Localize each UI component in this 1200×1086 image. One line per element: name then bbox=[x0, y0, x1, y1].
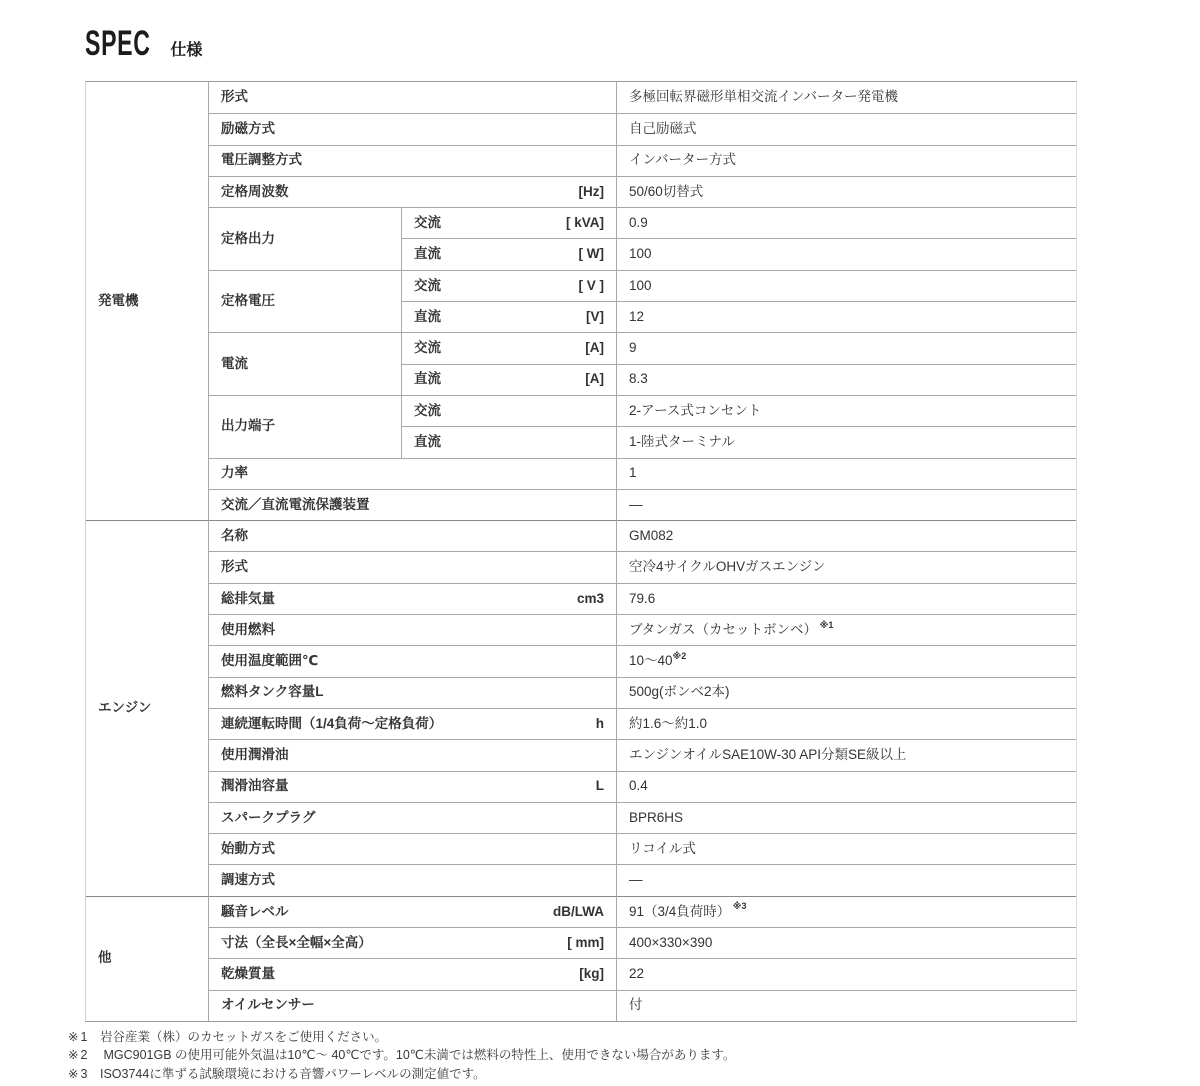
spec-value-cell: 1-陸式ターミナル bbox=[616, 426, 1076, 457]
spec-value: 空冷4サイクルOHVガスエンジン bbox=[629, 559, 825, 576]
spec-label: 出力端子 bbox=[221, 418, 275, 435]
spec-value-cell: 自己励磁式 bbox=[616, 113, 1076, 144]
spec-value-cell: 10〜40※2 bbox=[616, 645, 1076, 676]
spec-value: 2-アース式コンセント bbox=[629, 403, 761, 420]
spec-name-cell: 電圧調整方式 bbox=[208, 145, 616, 176]
spec-label: 寸法（全長×全幅×全高） bbox=[221, 935, 372, 952]
subrow-label: 交流 bbox=[414, 278, 441, 295]
spec-label: 使用温度範囲℃ bbox=[221, 653, 318, 670]
spec-label: 燃料タンク容量L bbox=[221, 684, 323, 701]
spec-subrow-cell: 直流[V] bbox=[401, 301, 616, 332]
spec-value: 付 bbox=[629, 997, 643, 1014]
spec-name-cell: 寸法（全長×全幅×全高）[ mm] bbox=[208, 927, 616, 958]
subrow-unit: [A] bbox=[585, 340, 604, 357]
spec-value: 0.9 bbox=[629, 215, 648, 232]
spec-value-cell: 91（3/4負荷時） ※3 bbox=[616, 896, 1076, 927]
category-label: 発電機 bbox=[98, 293, 139, 310]
subrow-unit: [ kVA] bbox=[566, 215, 604, 232]
spec-page: SPEC 仕様 発電機形式多極回転界磁形単相交流インバーター発電機励磁方式自己励… bbox=[0, 0, 1200, 1086]
spec-value-cell: BPR6HS bbox=[616, 802, 1076, 833]
spec-subrow-cell: 直流[ W] bbox=[401, 238, 616, 269]
spec-label: 形式 bbox=[221, 559, 248, 576]
spec-value: ブタンガス（カセットボンベ） bbox=[629, 622, 817, 639]
spec-value: GM082 bbox=[629, 528, 673, 545]
spec-value-cell: 500g(ボンベ2本) bbox=[616, 677, 1076, 708]
footnote-text: 岩谷産業（株）のカセットガスをご使用ください。 bbox=[100, 1028, 387, 1046]
spec-value-cell: ブタンガス（カセットボンベ） ※1 bbox=[616, 614, 1076, 645]
spec-value: 22 bbox=[629, 966, 644, 983]
spec-value-cell: 0.9 bbox=[616, 207, 1076, 238]
spec-value: 多極回転界磁形単相交流インバーター発電機 bbox=[629, 89, 898, 106]
page-title: SPEC bbox=[85, 26, 151, 61]
spec-label: 使用潤滑油 bbox=[221, 747, 289, 764]
spec-name-cell: 始動方式 bbox=[208, 833, 616, 864]
spec-value-cell: 12 bbox=[616, 301, 1076, 332]
spec-subrow-cell: 交流[ V ] bbox=[401, 270, 616, 301]
spec-value-cell: 0.4 bbox=[616, 771, 1076, 802]
spec-name-cell: 使用温度範囲℃ bbox=[208, 645, 616, 676]
spec-value: 400×330×390 bbox=[629, 935, 712, 952]
spec-label: 乾燥質量 bbox=[221, 966, 275, 983]
spec-name-cell: 形式 bbox=[208, 551, 616, 582]
spec-name-cell: 励磁方式 bbox=[208, 113, 616, 144]
subrow-label: 交流 bbox=[414, 340, 441, 357]
spec-name-cell: スパークプラグ bbox=[208, 802, 616, 833]
category-cell: 他 bbox=[86, 896, 208, 1021]
category-cell: エンジン bbox=[86, 520, 208, 896]
spec-value-cell: 付 bbox=[616, 990, 1076, 1021]
subrow-label: 直流 bbox=[414, 434, 441, 451]
spec-label: 調速方式 bbox=[221, 872, 275, 889]
spec-value-cell: 9 bbox=[616, 332, 1076, 363]
spec-value: 0.4 bbox=[629, 778, 648, 795]
spec-value: 91（3/4負荷時） bbox=[629, 904, 730, 921]
spec-label: 定格出力 bbox=[221, 231, 275, 248]
footnote-text: ISO3744に準ずる試験環境における音響パワーレベルの測定値です。 bbox=[100, 1065, 486, 1083]
spec-value-cell: 1 bbox=[616, 458, 1076, 489]
spec-name-cell: 総排気量cm3 bbox=[208, 583, 616, 614]
spec-name-cell: 騒音レベルdB/LWA bbox=[208, 896, 616, 927]
spec-value-cell: 400×330×390 bbox=[616, 927, 1076, 958]
spec-name-cell: 潤滑油容量L bbox=[208, 771, 616, 802]
footnote-mark: ※2 bbox=[68, 1046, 100, 1064]
spec-label: 始動方式 bbox=[221, 841, 275, 858]
spec-unit: L bbox=[596, 778, 604, 795]
spec-value: リコイル式 bbox=[629, 841, 696, 858]
footnote-line: ※1岩谷産業（株）のカセットガスをご使用ください。 bbox=[68, 1028, 735, 1046]
spec-name-cell: 力率 bbox=[208, 458, 616, 489]
spec-value-footnote-ref: ※3 bbox=[730, 901, 746, 912]
spec-label: 騒音レベル bbox=[221, 904, 289, 921]
spec-label: スパークプラグ bbox=[221, 810, 316, 827]
spec-name-cell: 形式 bbox=[208, 82, 616, 113]
spec-unit: cm3 bbox=[577, 591, 604, 608]
spec-name-cell: 交流／直流電流保護装置 bbox=[208, 489, 616, 520]
subrow-unit: [V] bbox=[586, 309, 604, 326]
subrow-label: 直流 bbox=[414, 309, 441, 326]
spec-value: 1-陸式ターミナル bbox=[629, 434, 735, 451]
spec-value: 100 bbox=[629, 278, 652, 295]
spec-value: 12 bbox=[629, 309, 644, 326]
footnote-mark: ※1 bbox=[68, 1028, 100, 1046]
spec-value: 1 bbox=[629, 465, 637, 482]
spec-value-cell: — bbox=[616, 489, 1076, 520]
subrow-label: 直流 bbox=[414, 246, 441, 263]
spec-subrow-cell: 交流 bbox=[401, 395, 616, 426]
spec-name-cell: 定格周波数[Hz] bbox=[208, 176, 616, 207]
spec-name-cell: オイルセンサー bbox=[208, 990, 616, 1021]
spec-value: 約1.6〜約1.0 bbox=[629, 716, 707, 733]
spec-value: 100 bbox=[629, 246, 652, 263]
spec-label: 交流／直流電流保護装置 bbox=[221, 497, 370, 514]
spec-value-cell: 空冷4サイクルOHVガスエンジン bbox=[616, 551, 1076, 582]
spec-name-cell: 乾燥質量[kg] bbox=[208, 958, 616, 989]
spec-value-cell: 約1.6〜約1.0 bbox=[616, 708, 1076, 739]
subrow-unit: [A] bbox=[585, 371, 604, 388]
spec-value: 50/60切替式 bbox=[629, 184, 703, 201]
spec-value-cell: 100 bbox=[616, 238, 1076, 269]
subrow-unit: [ W] bbox=[579, 246, 604, 263]
spec-value: 8.3 bbox=[629, 371, 648, 388]
spec-subrow-cell: 交流[ kVA] bbox=[401, 207, 616, 238]
category-label: エンジン bbox=[98, 700, 151, 717]
spec-value-footnote-ref: ※1 bbox=[817, 620, 833, 631]
spec-name-cell: 出力端子 bbox=[208, 395, 401, 458]
footnote-line: ※3ISO3744に準ずる試験環境における音響パワーレベルの測定値です。 bbox=[68, 1065, 735, 1083]
spec-label: 連続運転時間（1/4負荷〜定格負荷） bbox=[221, 716, 442, 733]
spec-label: 名称 bbox=[221, 528, 248, 545]
spec-unit: h bbox=[596, 716, 604, 733]
footnote-mark: ※3 bbox=[68, 1065, 100, 1083]
subrow-unit: [ V ] bbox=[579, 278, 605, 295]
spec-name-cell: 使用燃料 bbox=[208, 614, 616, 645]
category-cell: 発電機 bbox=[86, 82, 208, 520]
spec-value: エンジンオイルSAE10W-30 API分類SE級以上 bbox=[629, 747, 906, 764]
subrow-label: 交流 bbox=[414, 215, 441, 232]
spec-label: 形式 bbox=[221, 89, 248, 106]
spec-subrow-cell: 交流[A] bbox=[401, 332, 616, 363]
spec-unit: [ mm] bbox=[567, 935, 604, 952]
spec-value-cell: — bbox=[616, 864, 1076, 895]
subrow-label: 直流 bbox=[414, 371, 441, 388]
spec-subrow-cell: 直流[A] bbox=[401, 364, 616, 395]
spec-label: 潤滑油容量 bbox=[221, 778, 289, 795]
spec-unit: [kg] bbox=[579, 966, 604, 983]
spec-name-cell: 調速方式 bbox=[208, 864, 616, 895]
spec-value-cell: 22 bbox=[616, 958, 1076, 989]
spec-label: 力率 bbox=[221, 465, 248, 482]
spec-value: BPR6HS bbox=[629, 810, 683, 827]
page-header: SPEC 仕様 bbox=[85, 26, 202, 61]
spec-label: 電圧調整方式 bbox=[221, 152, 302, 169]
footnote-text: MGC901GB の使用可能外気温は10℃〜 40℃です。10℃未満では燃料の特… bbox=[100, 1046, 735, 1064]
page-subtitle: 仕様 bbox=[170, 43, 202, 59]
spec-unit: [Hz] bbox=[579, 184, 605, 201]
spec-value-cell: 8.3 bbox=[616, 364, 1076, 395]
category-label: 他 bbox=[98, 950, 112, 967]
spec-value: 9 bbox=[629, 340, 637, 357]
spec-label: 電流 bbox=[221, 356, 248, 373]
spec-label: 励磁方式 bbox=[221, 121, 275, 138]
spec-value: 自己励磁式 bbox=[629, 121, 697, 138]
spec-label: 定格電圧 bbox=[221, 293, 275, 310]
spec-value-cell: 50/60切替式 bbox=[616, 176, 1076, 207]
spec-value-cell: インバーター方式 bbox=[616, 145, 1076, 176]
spec-name-cell: 定格出力 bbox=[208, 207, 401, 270]
subrow-label: 交流 bbox=[414, 403, 441, 420]
spec-name-cell: 連続運転時間（1/4負荷〜定格負荷）h bbox=[208, 708, 616, 739]
spec-name-cell: 名称 bbox=[208, 520, 616, 551]
spec-value: — bbox=[629, 497, 643, 514]
spec-value-cell: 100 bbox=[616, 270, 1076, 301]
spec-label: 定格周波数 bbox=[221, 184, 289, 201]
spec-unit: dB/LWA bbox=[553, 904, 604, 921]
spec-name-cell: 電流 bbox=[208, 332, 401, 395]
spec-table: 発電機形式多極回転界磁形単相交流インバーター発電機励磁方式自己励磁式電圧調整方式… bbox=[85, 81, 1077, 1022]
spec-value-cell: 79.6 bbox=[616, 583, 1076, 614]
spec-value: 79.6 bbox=[629, 591, 655, 608]
spec-value: インバーター方式 bbox=[629, 152, 736, 169]
spec-value-cell: 多極回転界磁形単相交流インバーター発電機 bbox=[616, 82, 1076, 113]
spec-label: 総排気量 bbox=[221, 591, 275, 608]
spec-value-footnote-ref: ※2 bbox=[673, 651, 687, 662]
spec-value-cell: リコイル式 bbox=[616, 833, 1076, 864]
spec-name-cell: 使用潤滑油 bbox=[208, 739, 616, 770]
spec-value: 500g(ボンベ2本) bbox=[629, 684, 730, 701]
spec-value: 10〜40 bbox=[629, 653, 673, 670]
spec-subrow-cell: 直流 bbox=[401, 426, 616, 457]
spec-label: オイルセンサー bbox=[221, 997, 315, 1014]
spec-value-cell: GM082 bbox=[616, 520, 1076, 551]
spec-value-cell: エンジンオイルSAE10W-30 API分類SE級以上 bbox=[616, 739, 1076, 770]
footnote-line: ※2 MGC901GB の使用可能外気温は10℃〜 40℃です。10℃未満では燃… bbox=[68, 1046, 735, 1064]
footnotes: ※1岩谷産業（株）のカセットガスをご使用ください。※2 MGC901GB の使用… bbox=[68, 1028, 735, 1083]
spec-label: 使用燃料 bbox=[221, 622, 275, 639]
spec-name-cell: 定格電圧 bbox=[208, 270, 401, 333]
spec-name-cell: 燃料タンク容量L bbox=[208, 677, 616, 708]
spec-value-cell: 2-アース式コンセント bbox=[616, 395, 1076, 426]
spec-value: — bbox=[629, 872, 643, 889]
